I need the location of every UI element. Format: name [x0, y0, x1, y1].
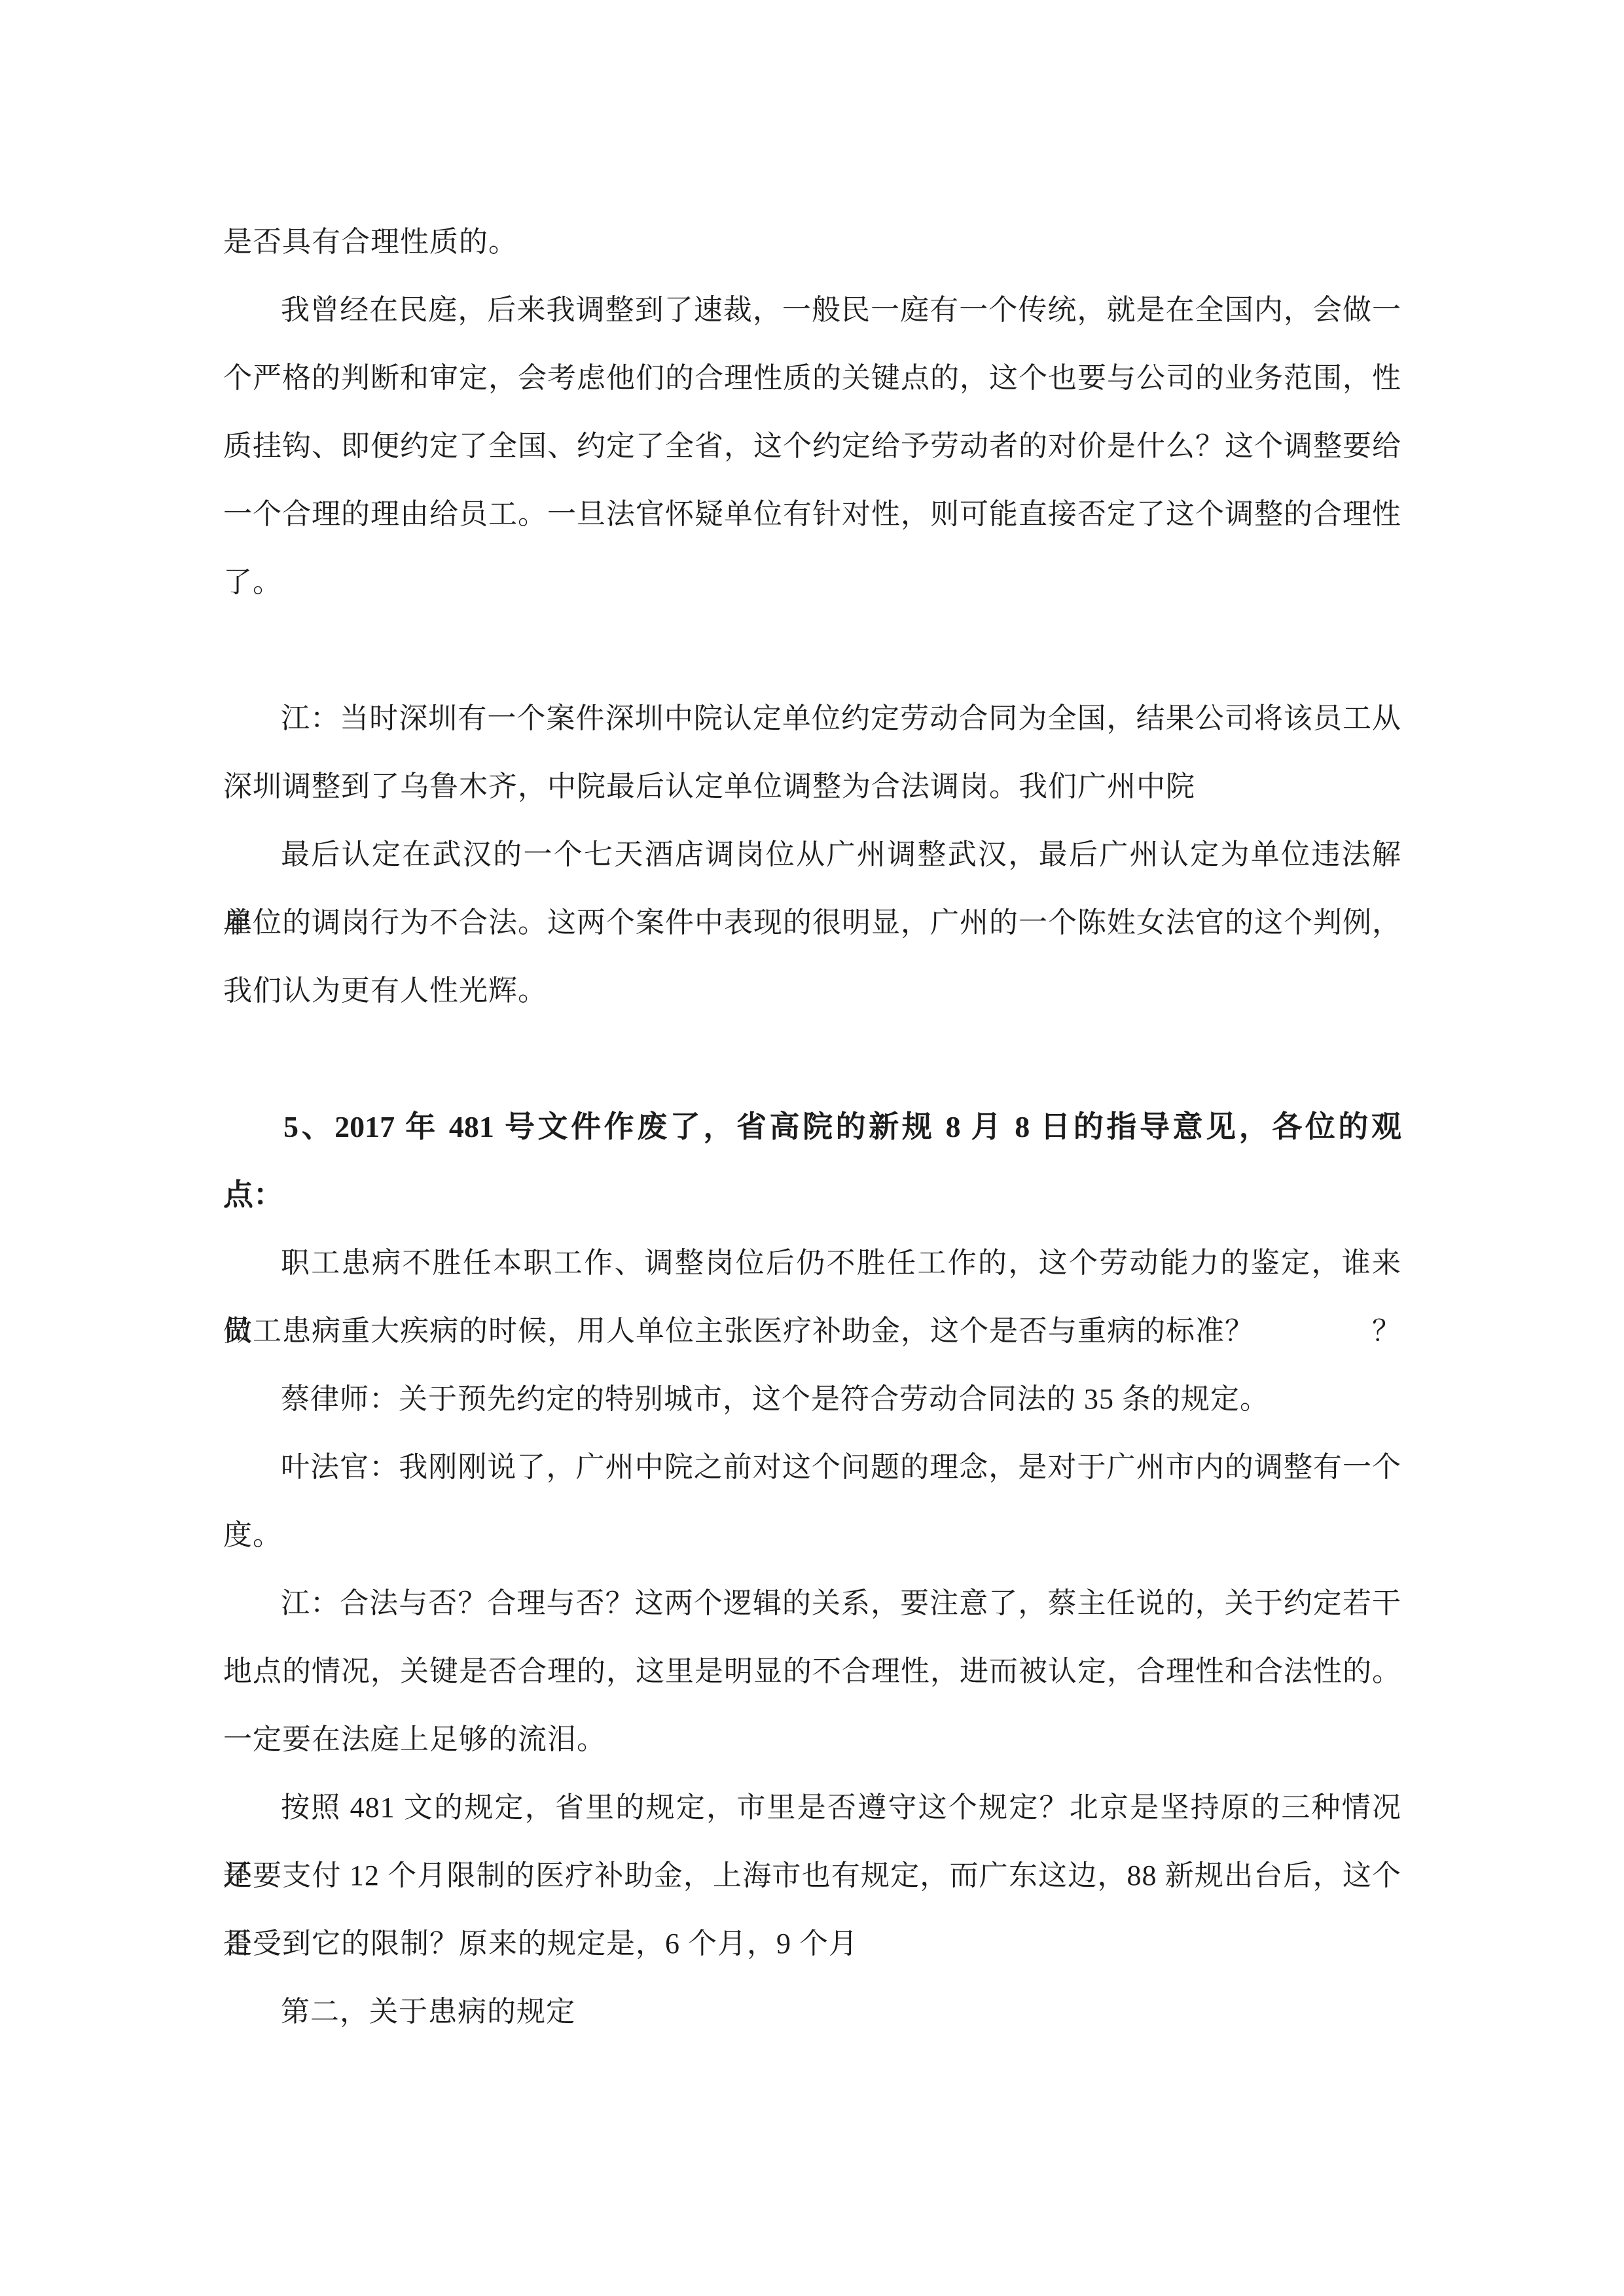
text-line: 了。	[223, 548, 1401, 617]
text-line: 深圳调整到了乌鲁木齐，中院最后认定单位调整为合法调岗。我们广州中院	[223, 753, 1401, 821]
text-line: 是要支付 12 个月限制的医疗补助金，上海市也有规定，而广东这边，88 新规出台…	[223, 1842, 1401, 1910]
text-line: 叶法官：我刚刚说了，广州中院之前对这个问题的理念，是对于广州市内的调整有一个	[223, 1433, 1401, 1501]
text-line: 员工患病重大疾病的时候，用人单位主张医疗补助金，这个是否与重病的标准？	[223, 1297, 1401, 1365]
document-text-block: 是否具有合理性质的。我曾经在民庭，后来我调整到了速裁，一般民一庭有一个传统，就是…	[223, 208, 1401, 2046]
text-line: 我们认为更有人性光辉。	[223, 957, 1401, 1025]
blank-line	[223, 617, 1401, 685]
text-line: 单位的调岗行为不合法。这两个案件中表现的很明显，广州的一个陈姓女法官的这个判例，	[223, 889, 1401, 957]
text-line: 最后认定在武汉的一个七天酒店调岗位从广州调整武汉，最后广州认定为单位违法解雇，	[223, 821, 1401, 889]
heading-line: 5、2017 年 481 号文件作废了，省高院的新规 8 月 8 日的指导意见，…	[223, 1093, 1401, 1161]
document-page: 是否具有合理性质的。我曾经在民庭，后来我调整到了速裁，一般民一庭有一个传统，就是…	[0, 0, 1624, 2296]
text-line: 是否具有合理性质的。	[223, 208, 1401, 276]
heading-line: 点：	[223, 1161, 1401, 1229]
text-line: 个严格的判断和审定，会考虑他们的合理性质的关键点的，这个也要与公司的业务范围，性	[223, 344, 1401, 412]
text-line: 蔡律师：关于预先约定的特别城市，这个是符合劳动合同法的 35 条的规定。	[223, 1365, 1401, 1433]
text-line: 江：当时深圳有一个案件深圳中院认定单位约定劳动合同为全国，结果公司将该员工从	[223, 685, 1401, 753]
blank-line	[223, 1025, 1401, 1093]
text-line: 第二，关于患病的规定	[223, 1978, 1401, 2046]
text-line: 我曾经在民庭，后来我调整到了速裁，一般民一庭有一个传统，就是在全国内，会做一	[223, 276, 1401, 344]
text-line: 地点的情况，关键是否合理的，这里是明显的不合理性，进而被认定，合理性和合法性的。	[223, 1638, 1401, 1706]
text-line: 一定要在法庭上足够的流泪。	[223, 1706, 1401, 1774]
text-line: 按照 481 文的规定，省里的规定，市里是否遵守这个规定？北京是坚持原的三种情况…	[223, 1774, 1401, 1842]
text-line: 职工患病不胜任本职工作、调整岗位后仍不胜任工作的，这个劳动能力的鉴定，谁来做？	[223, 1229, 1401, 1297]
text-line: 度。	[223, 1501, 1401, 1570]
text-line: 江：合法与否？合理与否？这两个逻辑的关系，要注意了，蔡主任说的，关于约定若干	[223, 1570, 1401, 1638]
text-line: 否受到它的限制？原来的规定是，6 个月，9 个月	[223, 1910, 1401, 1978]
text-line: 一个合理的理由给员工。一旦法官怀疑单位有针对性，则可能直接否定了这个调整的合理性	[223, 480, 1401, 548]
text-line: 质挂钩、即便约定了全国、约定了全省，这个约定给予劳动者的对价是什么？这个调整要给	[223, 412, 1401, 480]
